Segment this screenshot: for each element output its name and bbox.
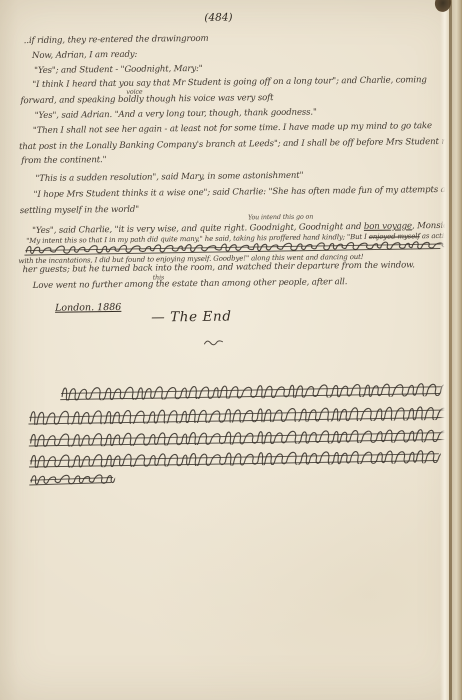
handwritten-line: "This is a sudden resolution", said Mary… [35, 171, 303, 184]
scribbled-out-line [29, 426, 449, 447]
handwritten-line: Now, Adrian, I am ready: [32, 50, 137, 61]
manuscript-lines: (484) London. 1886 — The End ..if riding… [0, 0, 462, 700]
handwritten-line: settling myself in the world" [20, 205, 139, 216]
handwritten-line: "I think I heard that you say that Mr St… [32, 75, 427, 90]
handwritten-line: forward, and speaking boldly though his … [20, 93, 273, 106]
interlinear-insertion: You intend this go on [248, 214, 313, 222]
pen-flourish-icon [203, 332, 223, 351]
handwritten-line: "Then I shall not see her again - at lea… [33, 121, 432, 136]
scribbled-out-line [29, 472, 115, 486]
handwritten-line: from the continent." [21, 155, 106, 166]
page-number: (484) [0, 9, 438, 26]
manuscript-page: (484) London. 1886 — The End ..if riding… [0, 0, 462, 700]
handwritten-line: "Yes", said Adrian. "And a very long tou… [35, 108, 317, 121]
handwritten-line: "I hope Mrs Student thinks it a wise one… [34, 185, 449, 200]
page-edge-highlight [440, 0, 449, 700]
scribbled-out-line [28, 403, 448, 425]
scribbled-out-line [60, 380, 444, 401]
handwritten-line: ..if riding, they re-entered the drawing… [24, 34, 209, 46]
handwritten-line: "Yes"; and Student - "Goodnight, Mary:" [34, 64, 203, 76]
handwritten-line: Love went no further among the estate th… [33, 277, 348, 291]
book-fore-edge [452, 0, 462, 700]
handwritten-line: that post in the Lonally Banking Company… [19, 137, 462, 153]
date-line: London. 1886 [55, 302, 121, 314]
end-mark: — The End [151, 309, 232, 326]
scribbled-out-line [29, 447, 441, 468]
